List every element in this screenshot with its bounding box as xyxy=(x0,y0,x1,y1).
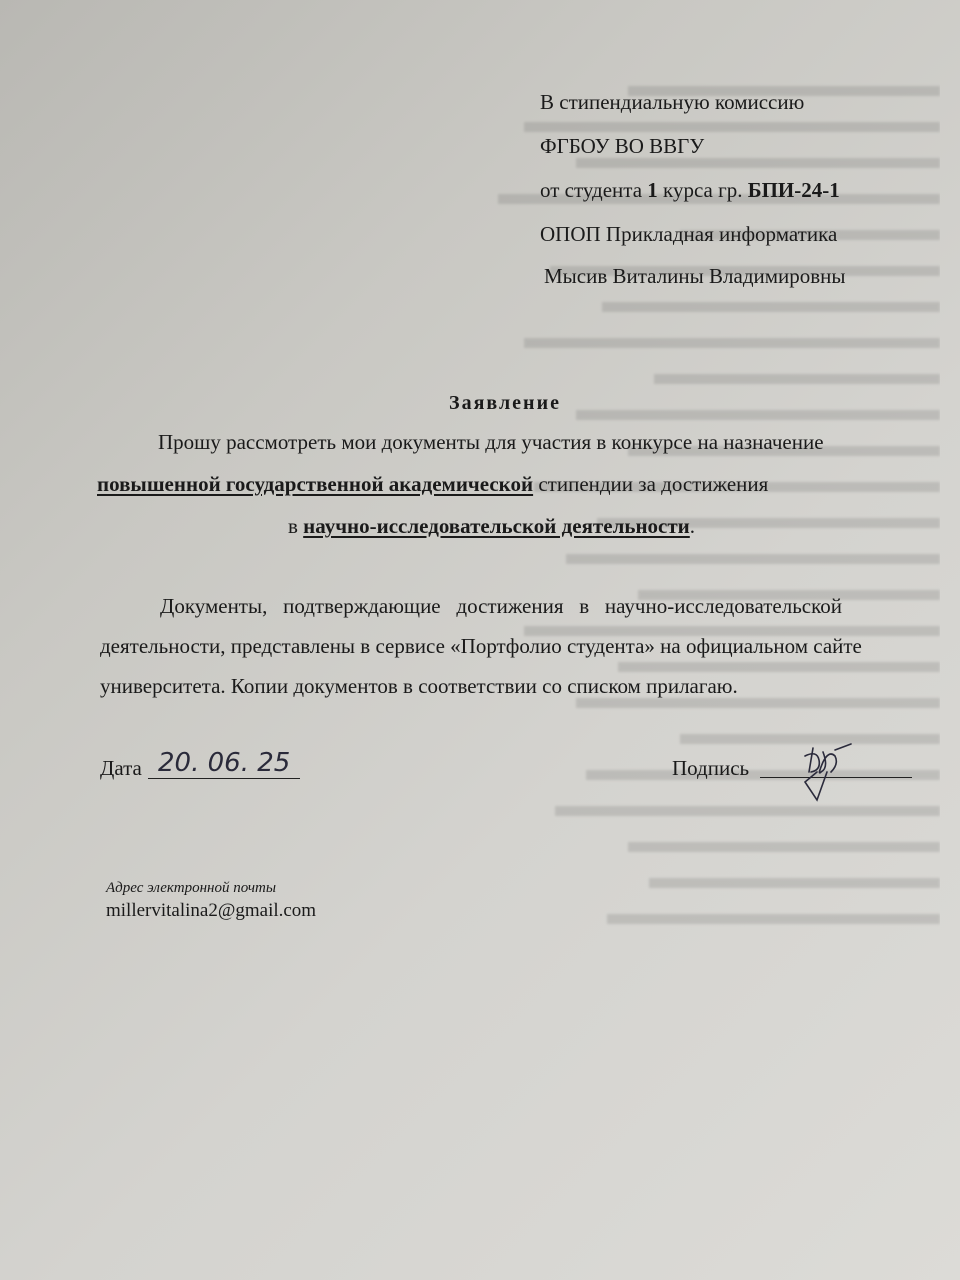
signature-label: Подпись xyxy=(672,756,749,781)
scholarship-type: повышенной государственной академической xyxy=(97,472,533,496)
document-title: Заявление xyxy=(0,392,960,415)
date-label: Дата xyxy=(100,756,142,781)
student-line: от студента 1 курса гр. БПИ-24-1 xyxy=(540,178,840,203)
date-value: 20. 06. 25 xyxy=(158,748,290,778)
student-name: Мысив Виталины Владимировны xyxy=(544,264,846,289)
handwritten-signature-icon xyxy=(795,742,865,804)
email-label: Адрес электронной почты xyxy=(106,880,276,897)
program-line: ОПОП Прикладная информатика xyxy=(540,222,837,247)
course-number: 1 xyxy=(647,178,658,202)
addressee-commission: В стипендиальную комиссию xyxy=(540,90,804,115)
achievement-area: научно-исследовательской деятельности xyxy=(303,514,690,538)
group-code: БПИ-24-1 xyxy=(748,178,840,202)
addressee-university: ФГБОУ ВО ВВГУ xyxy=(540,134,704,159)
email-value: millervitalina2@gmail.com xyxy=(106,900,316,922)
